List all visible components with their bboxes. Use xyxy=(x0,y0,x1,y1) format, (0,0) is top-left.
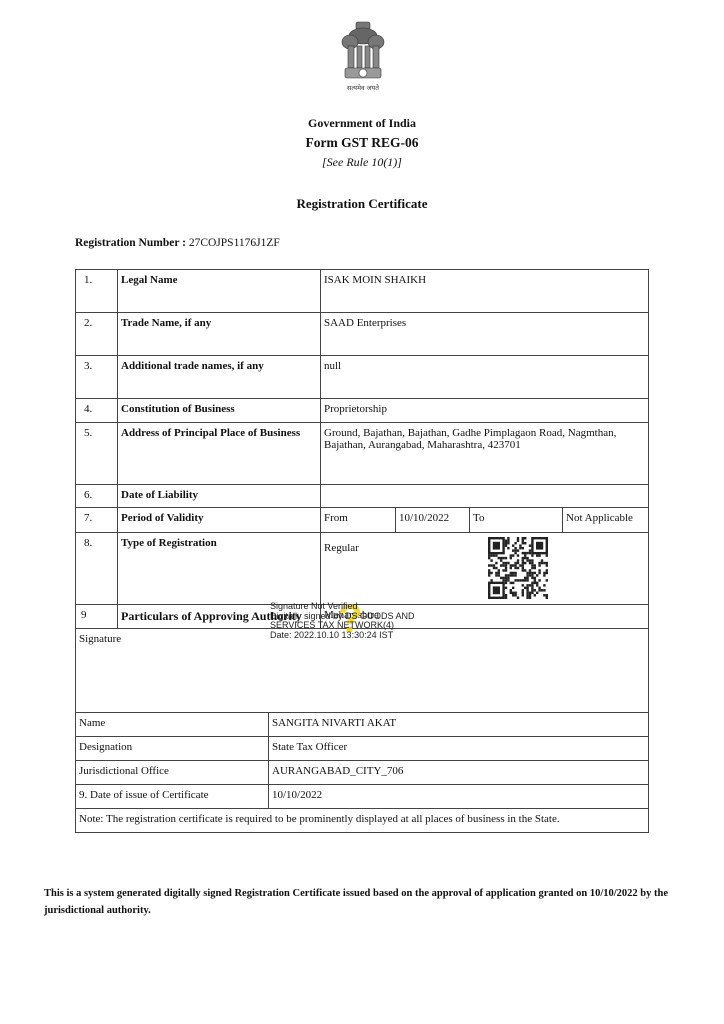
stamp-line: Date: 2022.10.10 13:30:24 IST xyxy=(270,631,415,641)
digital-signature-stamp[interactable]: Signature Not Verified Digitally signed … xyxy=(270,602,415,640)
table-row: 5. Address of Principal Place of Busines… xyxy=(76,423,649,485)
signature-label: Signature xyxy=(76,629,649,713)
field-label: Jurisdictional Office xyxy=(76,761,269,785)
row-label: Constitution of Business xyxy=(118,399,321,423)
row-number: 7. xyxy=(76,508,118,533)
validity-from-value: 10/10/2022 xyxy=(396,508,470,533)
date-of-liability-value xyxy=(321,485,649,508)
table-row: Name SANGITA NIVARTI AKAT xyxy=(76,713,649,737)
government-heading: Government of India xyxy=(0,116,724,131)
validity-to-value: Not Applicable xyxy=(563,508,649,533)
signature-table: Signature Name SANGITA NIVARTI AKAT Desi… xyxy=(75,628,649,833)
address-value: Ground, Bajathan, Bajathan, Gadhe Pimpla… xyxy=(321,423,649,485)
certificate-details-table: 1. Legal Name ISAK MOIN SHAIKH 2. Trade … xyxy=(75,269,649,629)
row-label: Type of Registration xyxy=(118,533,321,605)
row-label: Date of Liability xyxy=(118,485,321,508)
jurisdictional-office-value: AURANGABAD_CITY_706 xyxy=(269,761,649,785)
trade-name-value: SAAD Enterprises xyxy=(321,313,649,356)
validity-to-label: To xyxy=(470,508,563,533)
form-title: Form GST REG-06 xyxy=(0,135,724,151)
rule-reference: [See Rule 10(1)] xyxy=(0,155,724,170)
constitution-value: Proprietorship xyxy=(321,399,649,423)
registration-number-value: 27COJPS1176J1ZF xyxy=(189,237,280,249)
row-label: Trade Name, if any xyxy=(118,313,321,356)
table-row: Designation State Tax Officer xyxy=(76,737,649,761)
table-row: 8. Type of Registration Regular xyxy=(76,533,649,605)
officer-name-value: SANGITA NIVARTI AKAT xyxy=(269,713,649,737)
row-label: Period of Validity xyxy=(118,508,321,533)
designation-value: State Tax Officer xyxy=(269,737,649,761)
field-label: Name xyxy=(76,713,269,737)
qr-code-icon xyxy=(488,537,548,599)
field-label: 9. Date of issue of Certificate xyxy=(76,785,269,809)
row-label: Additional trade names, if any xyxy=(118,356,321,399)
row-number: 1. xyxy=(76,270,118,313)
row-number: 2. xyxy=(76,313,118,356)
document-title: Registration Certificate xyxy=(0,196,724,212)
table-row: 9. Date of issue of Certificate 10/10/20… xyxy=(76,785,649,809)
row-number: 5. xyxy=(76,423,118,485)
signature-row: Signature xyxy=(76,629,649,713)
additional-trade-names-value: null xyxy=(321,356,649,399)
field-label: Designation xyxy=(76,737,269,761)
note-text: Note: The registration certificate is re… xyxy=(76,809,649,833)
table-row: Jurisdictional Office AURANGABAD_CITY_70… xyxy=(76,761,649,785)
row-label: Legal Name xyxy=(118,270,321,313)
table-row: 4. Constitution of Business Proprietorsh… xyxy=(76,399,649,423)
issue-date-value: 10/10/2022 xyxy=(269,785,649,809)
table-row: 6. Date of Liability xyxy=(76,485,649,508)
registration-type-value: Regular xyxy=(321,533,649,605)
table-row: 2. Trade Name, if any SAAD Enterprises xyxy=(76,313,649,356)
registration-number: Registration Number : 27COJPS1176J1ZF xyxy=(75,237,280,249)
registration-number-label: Registration Number : xyxy=(75,237,186,249)
legal-name-value: ISAK MOIN SHAIKH xyxy=(321,270,649,313)
row-label: Address of Principal Place of Business xyxy=(118,423,321,485)
row-number: 6. xyxy=(76,485,118,508)
table-row: 3. Additional trade names, if any null xyxy=(76,356,649,399)
table-row: Note: The registration certificate is re… xyxy=(76,809,649,833)
row-number: 9 xyxy=(76,605,118,629)
table-row: 1. Legal Name ISAK MOIN SHAIKH xyxy=(76,270,649,313)
row-number: 3. xyxy=(76,356,118,399)
table-row: 7. Period of Validity From 10/10/2022 To… xyxy=(76,508,649,533)
national-emblem-icon: सत्यमेव जयते xyxy=(336,20,390,96)
row-number: 4. xyxy=(76,399,118,423)
row-number: 8. xyxy=(76,533,118,605)
emblem-motto: सत्यमेव जयते xyxy=(328,83,398,92)
footer-statement: This is a system generated digitally sig… xyxy=(44,885,684,919)
validity-from-label: From xyxy=(321,508,396,533)
